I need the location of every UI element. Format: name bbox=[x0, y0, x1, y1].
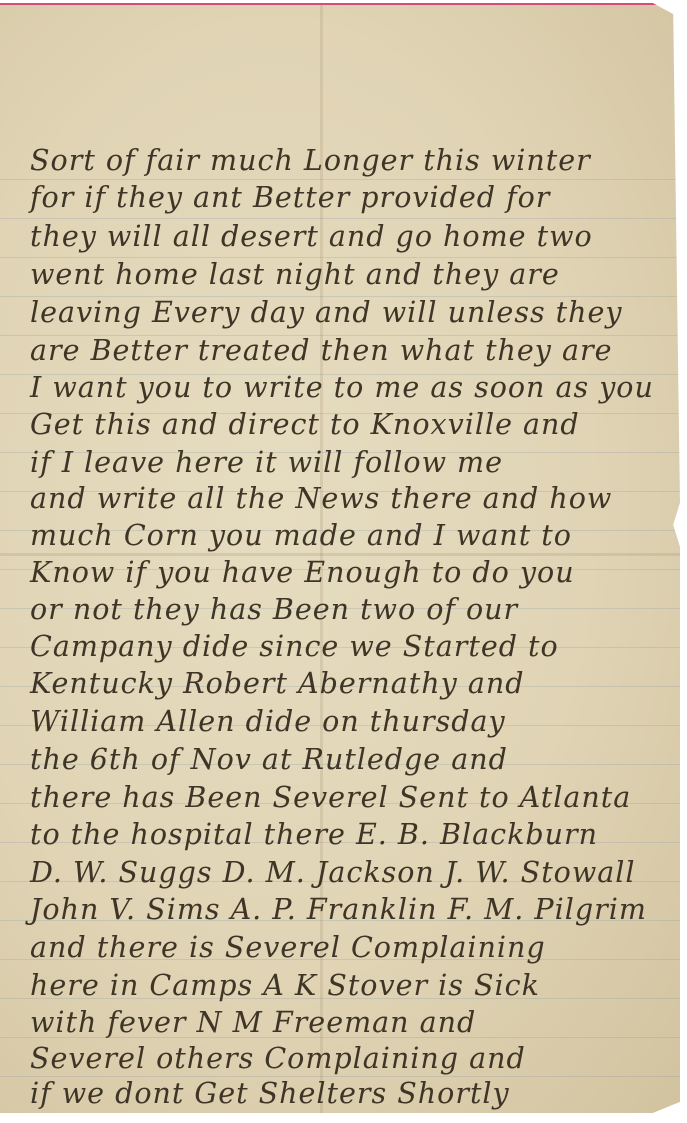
handwritten-line: John V. Sims A. P. Franklin F. M. Pilgri… bbox=[30, 892, 670, 926]
handwritten-line: went home last night and they are bbox=[30, 257, 670, 291]
handwritten-line: are Better treated then what they are bbox=[30, 333, 670, 367]
handwritten-line: for if they ant Better provided for bbox=[30, 180, 670, 214]
handwritten-line: Sort of fair much Longer this winter bbox=[30, 143, 670, 177]
handwritten-line: D. W. Suggs D. M. Jackson J. W. Stowall bbox=[30, 855, 670, 889]
handwritten-line: with fever N M Freeman and bbox=[30, 1005, 670, 1039]
handwritten-line: if I leave here it will follow me bbox=[30, 445, 670, 479]
handwritten-line: Kentucky Robert Abernathy and bbox=[30, 666, 670, 700]
handwritten-line: they will all desert and go home two bbox=[30, 219, 670, 253]
handwritten-line: there has Been Severel Sent to Atlanta bbox=[30, 780, 670, 814]
handwritten-line: I want you to write to me as soon as you bbox=[30, 370, 670, 404]
handwritten-line: if we dont Get Shelters Shortly bbox=[30, 1076, 670, 1110]
letter-page: Sort of fair much Longer this winter for… bbox=[0, 3, 680, 1113]
handwritten-line: the 6th of Nov at Rutledge and bbox=[30, 742, 670, 776]
handwritten-line: to the hospital there E. B. Blackburn bbox=[30, 817, 670, 851]
handwritten-line: here in Camps A K Stover is Sick bbox=[30, 968, 670, 1002]
handwritten-line: and there is Severel Complaining bbox=[30, 930, 670, 964]
handwritten-line: Get this and direct to Knoxville and bbox=[30, 407, 670, 441]
handwritten-line: Campany dide since we Started to bbox=[30, 629, 670, 663]
handwritten-line: Severel others Complaining and bbox=[30, 1041, 670, 1075]
handwritten-line: and write all the News there and how bbox=[30, 481, 670, 515]
handwritten-line: or not they has Been two of our bbox=[30, 592, 670, 626]
handwritten-line: Know if you have Enough to do you bbox=[30, 555, 670, 589]
handwritten-line: leaving Every day and will unless they bbox=[30, 295, 670, 329]
handwritten-line: William Allen dide on thursday bbox=[30, 704, 670, 738]
handwritten-line: much Corn you made and I want to bbox=[30, 518, 670, 552]
